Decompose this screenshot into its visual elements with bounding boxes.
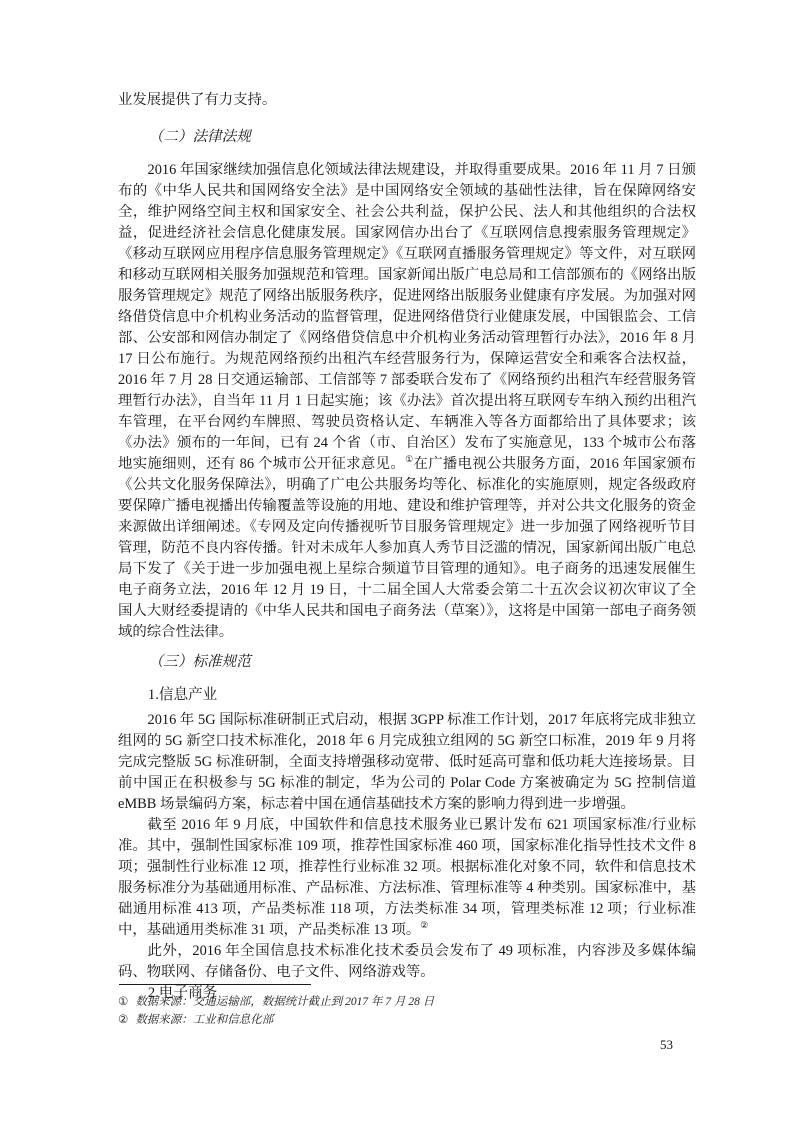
paragraph-5g-standards: 2016 年 5G 国际标准研制正式启动，根据 3GPP 标准工作计划，2017… — [118, 710, 696, 815]
page-body: 业发展提供了有力支持。 （二）法律法规 2016 年国家继续加强信息化领域法律法… — [118, 90, 696, 1008]
footnote-1: ①数据来源：交通运输部，数据统计截止到 2017 年 7 月 28 日 — [118, 994, 696, 1012]
standards-stats-text: 截至 2016 年 9 月底，中国软件和信息技术服务业已累计发布 621 项国家… — [118, 817, 696, 938]
footnote-1-marker: ① — [118, 994, 128, 1012]
footnote-2-text: 数据来源：工业和信息化部 — [135, 1014, 273, 1026]
footnote-2: ②数据来源：工业和信息化部 — [118, 1012, 696, 1030]
legal-paragraph: 2016 年国家继续加强信息化领域法律法规建设，并取得重要成果。2016 年 1… — [118, 160, 696, 643]
section-heading-standards: （三）标准规范 — [118, 652, 696, 673]
footnote-1-text: 数据来源：交通运输部，数据统计截止到 2017 年 7 月 28 日 — [135, 996, 434, 1008]
legal-paragraph-text-2: 在广播电视公共服务方面，2016 年国家颁布《公共文化服务保障法》，明确了广电公… — [118, 456, 696, 640]
footnote-2-marker: ② — [118, 1012, 128, 1030]
document-page: 业发展提供了有力支持。 （二）法律法规 2016 年国家继续加强信息化领域法律法… — [0, 0, 793, 1122]
section-heading-legal: （二）法律法规 — [118, 127, 696, 148]
footnote-block: ①数据来源：交通运输部，数据统计截止到 2017 年 7 月 28 日 ②数据来… — [118, 984, 696, 1029]
legal-paragraph-text-1: 2016 年国家继续加强信息化领域法律法规建设，并取得重要成果。2016 年 1… — [118, 162, 696, 472]
page-number: 53 — [660, 1037, 673, 1053]
continuation-paragraph: 业发展提供了有力支持。 — [118, 90, 696, 111]
subsection-heading-info-industry: 1.信息产业 — [118, 685, 696, 706]
footnote-ref-2: ② — [420, 920, 428, 930]
paragraph-standards-extra: 此外，2016 年全国信息技术标准化技术委员会发布了 49 项标准，内容涉及多媒… — [118, 941, 696, 983]
paragraph-standards-stats: 截至 2016 年 9 月底，中国软件和信息技术服务业已累计发布 621 项国家… — [118, 815, 696, 941]
footnote-separator — [119, 984, 311, 985]
